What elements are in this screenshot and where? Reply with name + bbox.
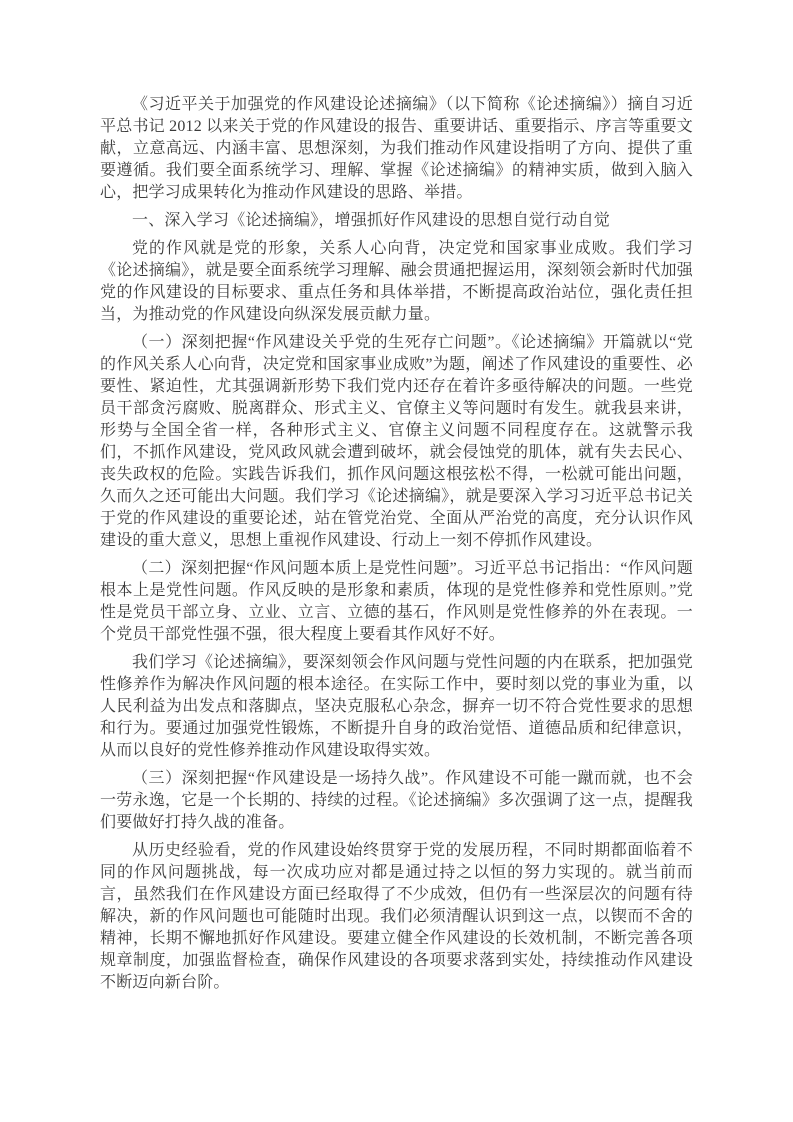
point-two-detail-paragraph: 我们学习《论述摘编》，要深刻领会作风问题与党性问题的内在联系，把加强党性修养作为…: [100, 652, 693, 762]
point-two-paragraph: （二）深刻把握“作风问题本质上是党性问题”。习近平总书记指出：“作风问题根本上是…: [100, 558, 693, 646]
point-one-paragraph: （一）深刻把握“作风建设关乎党的生死存亡问题”。《论述摘编》开篇就以“党的作风关…: [100, 332, 693, 552]
section-one-heading: 一、深入学习《论述摘编》，增强抓好作风建设的思想自觉行动自觉: [100, 210, 693, 232]
point-three-paragraph: （三）深刻把握“作风建设是一场持久战”。作风建设不可能一蹴而就，也不会一劳永逸，…: [100, 768, 693, 834]
document-page: 《习近平关于加强党的作风建设论述摘编》（以下简称《论述摘编》）摘自习近平总书记 …: [0, 0, 793, 1122]
intro-paragraph: 《习近平关于加强党的作风建设论述摘编》（以下简称《论述摘编》）摘自习近平总书记 …: [100, 94, 693, 204]
section-one-lead-paragraph: 党的作风就是党的形象，关系人心向背，决定党和国家事业成败。我们学习《论述摘编》，…: [100, 238, 693, 326]
closing-paragraph: 从历史经验看，党的作风建设始终贯穿于党的发展历程，不同时期都面临着不同的作风问题…: [100, 840, 693, 994]
document-body: 《习近平关于加强党的作风建设论述摘编》（以下简称《论述摘编》）摘自习近平总书记 …: [100, 94, 693, 994]
